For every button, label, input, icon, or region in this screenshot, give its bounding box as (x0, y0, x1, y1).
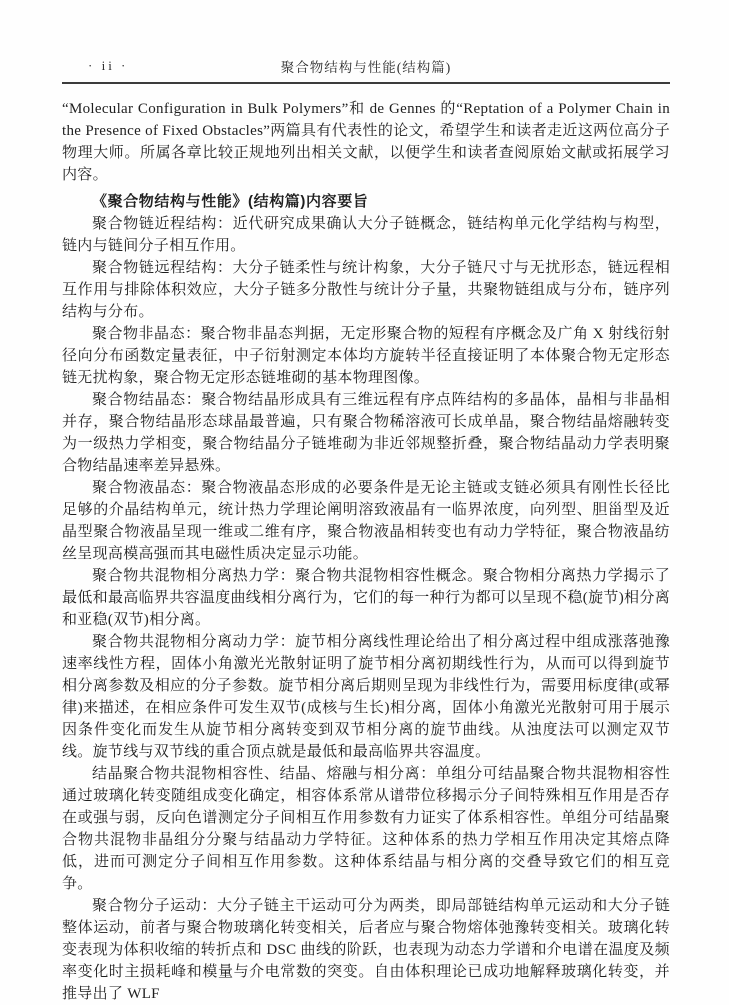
section-heading: 《聚合物结构与性能》(结构篇)内容要旨 (62, 191, 670, 213)
paragraph-molecular-motion: 聚合物分子运动：大分子链主干运动可分为两类，即局部链结构单元运动和大分子链整体运… (62, 895, 670, 1005)
paragraph-blend-kinetics: 聚合物共混物相分离动力学：旋节相分离线性理论给出了相分离过程中组成涨落弛豫速率线… (62, 631, 670, 763)
page-content: “Molecular Configuration in Bulk Polymer… (62, 98, 670, 1005)
book-page: · ii · 聚合物结构与性能(结构篇) “Molecular Configur… (0, 0, 729, 1005)
paragraph-blend-thermodynamics: 聚合物共混物相分离热力学：聚合物共混物相容性概念。聚合物相分离热力学揭示了最低和… (62, 565, 670, 631)
paragraph-liquid-crystal-state: 聚合物液晶态：聚合物液晶态形成的必要条件是无论主链或支链必须具有刚性长径比足够的… (62, 477, 670, 565)
running-title: 聚合物结构与性能(结构篇) (62, 56, 670, 76)
page-header: · ii · 聚合物结构与性能(结构篇) (62, 56, 670, 77)
header-rule (62, 82, 670, 84)
intro-paragraph: “Molecular Configuration in Bulk Polymer… (62, 98, 670, 186)
paragraph-amorphous-state: 聚合物非晶态：聚合物非晶态判据，无定形聚合物的短程有序概念及广角 X 射线衍射径… (62, 323, 670, 389)
paragraph-crystalline-state: 聚合物结晶态：聚合物结晶形成具有三维远程有序点阵结构的多晶体，晶相与非晶相并存，… (62, 389, 670, 477)
page-number: · ii · (88, 58, 128, 74)
paragraph-chain-short-range: 聚合物链近程结构：近代研究成果确认大分子链概念，链结构单元化学结构与构型，链内与… (62, 213, 670, 257)
paragraph-chain-long-range: 聚合物链远程结构：大分子链柔性与统计构象，大分子链尺寸与无扰形态，链远程相互作用… (62, 257, 670, 323)
paragraph-crystalline-blend: 结晶聚合物共混物相容性、结晶、熔融与相分离：单组分可结晶聚合物共混物相容性通过玻… (62, 763, 670, 895)
